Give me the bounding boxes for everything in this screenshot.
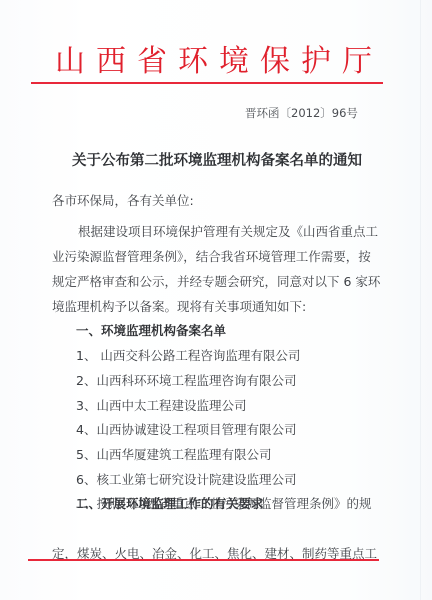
- letterhead-red-rule: [31, 82, 383, 84]
- document-number: 晋环函〔2012〕96号: [245, 105, 358, 121]
- intro-line: 业污染源监督管理条例》，结合我省环境管理工作需要，按: [52, 248, 371, 266]
- list-item: 4、山西协诚建设工程项目管理有限公司: [76, 421, 296, 439]
- body-line: 1、按照《山西省重点工业污染源监督管理条例》的规: [76, 495, 371, 513]
- list-item: 2、山西科环环境工程监理咨询有限公司: [76, 372, 296, 390]
- scan-edge: [420, 0, 421, 600]
- list-item: 1、 山西交科公路工程咨询监理有限公司: [76, 347, 300, 365]
- list-item: 3、山西中太工程建设监理公司: [76, 397, 246, 415]
- document-title: 关于公布第二批环境监理机构备案名单的通知: [72, 151, 362, 171]
- footer-red-rule: [28, 559, 379, 561]
- salutation: 各市环保局，各有关单位:: [52, 192, 194, 210]
- agency-letterhead-title: 山西省环境保护厅: [55, 44, 365, 80]
- section-heading-filing-list: 一、环境监理机构备案名单: [76, 322, 226, 340]
- intro-line: 境监理机构予以备案。现将有关事项通知如下:: [52, 298, 306, 316]
- intro-line: 根据建设项目环境保护管理有关规定及《山西省重点工: [78, 223, 378, 241]
- document-page: 山西省环境保护厅 晋环函〔2012〕96号 关于公布第二批环境监理机构备案名单的…: [0, 0, 432, 600]
- list-item: 6、核工业第七研究设计院建设监理公司: [76, 471, 296, 489]
- list-item: 5、山西华厦建筑工程监理有限公司: [76, 446, 271, 464]
- intro-line: 规定严格审查和公示，并经专题会研究，同意对以下 6 家环: [52, 273, 380, 291]
